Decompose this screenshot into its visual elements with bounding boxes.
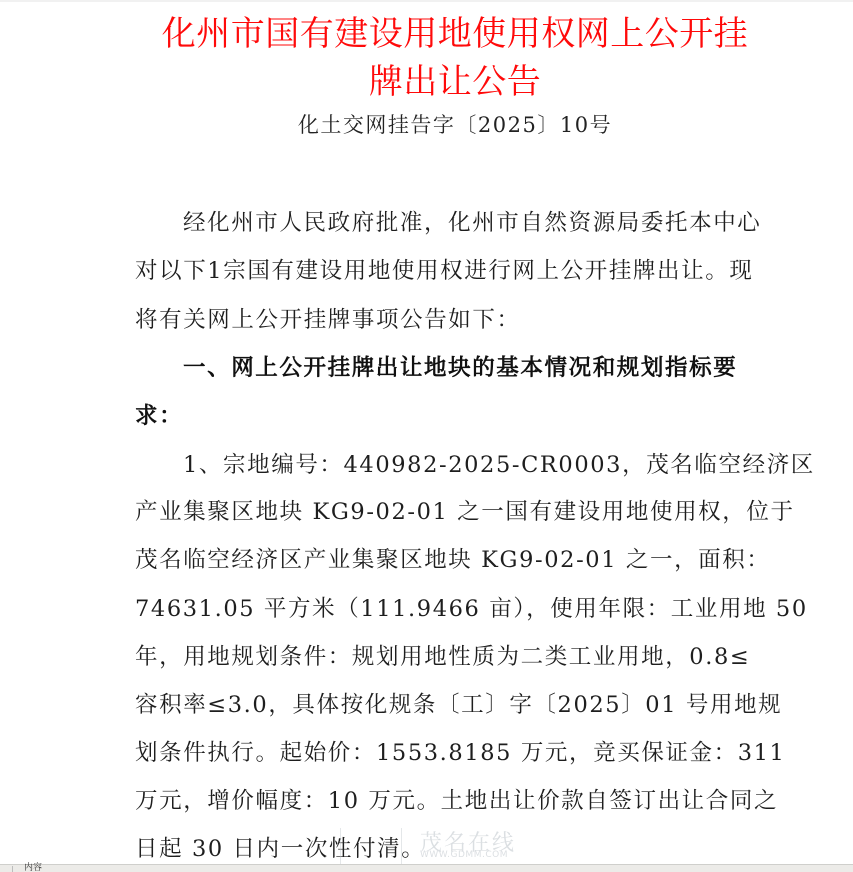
document-title-line-2: 牌出让公告: [100, 58, 810, 106]
paragraph-line: 1、宗地编号：440982-2025-CR0003，茂名临空经济区: [135, 441, 823, 489]
document-number: 化土交网挂告字〔2025〕10号: [100, 110, 810, 140]
paragraph-line: 对以下1宗国有建设用地使用权进行网上公开挂牌出让。现: [135, 247, 775, 295]
status-bar-text: 内容: [24, 862, 42, 872]
paragraph-line: 容积率≤3.0，具体按化规条〔工〕字〔2025〕01 号用地规: [135, 681, 775, 729]
section-heading-line: 一、网上公开挂牌出让地块的基本情况和规划指标要: [135, 344, 823, 392]
section-heading-line: 求：: [135, 392, 775, 440]
status-bar-divider: [12, 866, 13, 872]
paragraph-line: 划条件执行。起始价：1553.8185 万元，竞买保证金：311: [135, 729, 775, 777]
paragraph-line: 茂名临空经济区产业集聚区地块 KG9-02-01 之一，面积：: [135, 536, 775, 584]
paragraph-line: 年，用地规划条件：规划用地性质为二类工业用地，0.8≤: [135, 633, 775, 681]
paragraph-line: 74631.05 平方米（111.9466 亩），使用年限：工业用地 50: [135, 585, 775, 633]
document-title-line-1: 化州市国有建设用地使用权网上公开挂: [100, 10, 810, 58]
paragraph-line: 将有关网上公开挂牌事项公告如下：: [135, 296, 775, 344]
document-page: 化州市国有建设用地使用权网上公开挂 牌出让公告 化土交网挂告字〔2025〕10号…: [0, 0, 853, 864]
status-bar: 内容: [0, 864, 853, 872]
paragraph-line: 万元，增价幅度：10 万元。土地出让价款自签订出让合同之: [135, 777, 775, 825]
paragraph-line: 产业集聚区地块 KG9-02-01 之一国有建设用地使用权，位于: [135, 488, 775, 536]
paragraph-line: 经化州市人民政府批准，化州市自然资源局委托本中心: [135, 199, 823, 247]
